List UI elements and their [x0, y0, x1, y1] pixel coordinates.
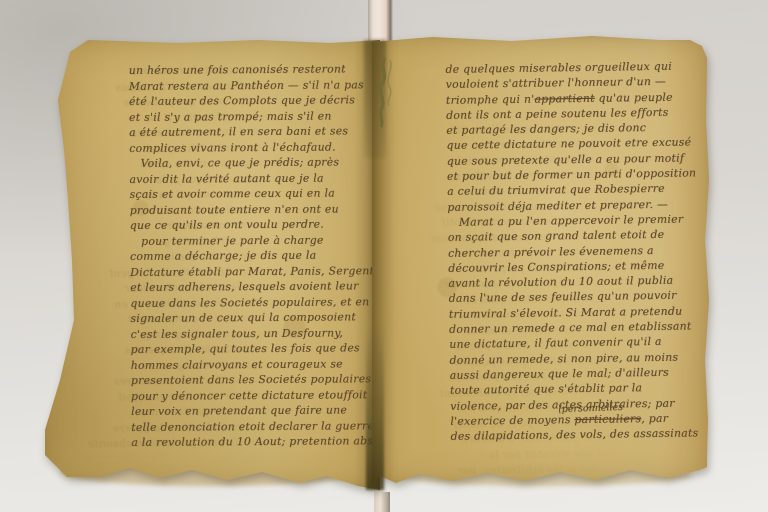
handwritten-line: telle denonciation etoit declarer la gue… [131, 418, 381, 435]
handwritten-line: pour y dénoncer cette dictature etouffoi… [131, 387, 381, 404]
handwritten-line: presentoient dans les Societés populaire… [131, 371, 381, 388]
handwritten-line: comme a décharge; je dis que la [130, 247, 380, 264]
handwritten-line: été l'auteur des Complots que je décris [129, 92, 379, 109]
photo-stage: un héros une fois canonisés resterontMar… [0, 0, 768, 512]
left-page-wrap: un héros une fois canonisés resterontMar… [38, 34, 380, 492]
handwritten-line: et leurs adherens, lesquels avoient leur [130, 278, 380, 295]
handwritten-line: que ce qu'ils en ont voulu perdre. [130, 216, 380, 233]
right-page-text: de quelques miserables orgueilleux quivo… [445, 58, 708, 444]
handwritten-line: a la revolution du 10 Aout; pretention a… [131, 433, 381, 450]
handwritten-line: sçais et avoir comme ceux qui en la [130, 185, 380, 202]
handwritten-line: Dictature établi par Marat, Panis, Serge… [130, 263, 380, 280]
handwritten-line: hommes clairvoyans et courageux se [131, 356, 381, 373]
bleedthrough-line: des dilapidations, des vols, des assassi… [345, 492, 675, 512]
handwritten-line: queue dans les Societés populaires, et e… [130, 294, 380, 311]
handwritten-line: pour terminer je parle à charge [130, 232, 380, 249]
handwritten-line: c'est les signaler tous, un Desfourny, [130, 325, 380, 342]
handwritten-line: complices vivans iront à l'échafaud. [129, 139, 379, 156]
handwritten-line: et s'il s'y a pas trompé; mais s'il en [129, 108, 379, 125]
manuscript-left-page: un héros une fois canonisés resterontMar… [38, 34, 380, 492]
handwritten-line: Marat restera au Panthéon — s'il n'a pas [129, 77, 379, 94]
binding-thread [372, 56, 398, 128]
handwritten-line: signaler un de ceux qui la composoient [130, 309, 380, 326]
thread-strand [381, 58, 385, 127]
handwritten-line: produisant toute entiere n'en ont eu [130, 201, 380, 218]
handwritten-line: Voila, envi, ce que je prédis; après [129, 154, 379, 171]
handwritten-line: par exemple, qui toutes les fois que des [131, 340, 381, 357]
left-page-text: un héros une fois canonisés resterontMar… [129, 61, 382, 450]
support-strip-bottom [374, 492, 390, 512]
interlinear-insertion: ⟨personnelles [558, 402, 623, 415]
right-page-wrap: de quelques miserables orgueilleux quivo… [372, 34, 714, 486]
manuscript-right-page: de quelques miserables orgueilleux quivo… [372, 34, 714, 486]
binding-gutter-bottom-shadow [366, 326, 384, 490]
thread-strand-2 [388, 60, 391, 106]
handwritten-line: leur voix en pretendant que faire une [131, 402, 381, 419]
handwritten-line: avoir dit la vérité autant que je la [129, 170, 379, 187]
handwritten-line: a été autrement, il en sera bani et ses [129, 123, 379, 140]
handwritten-line: un héros une fois canonisés resteront [129, 61, 379, 78]
